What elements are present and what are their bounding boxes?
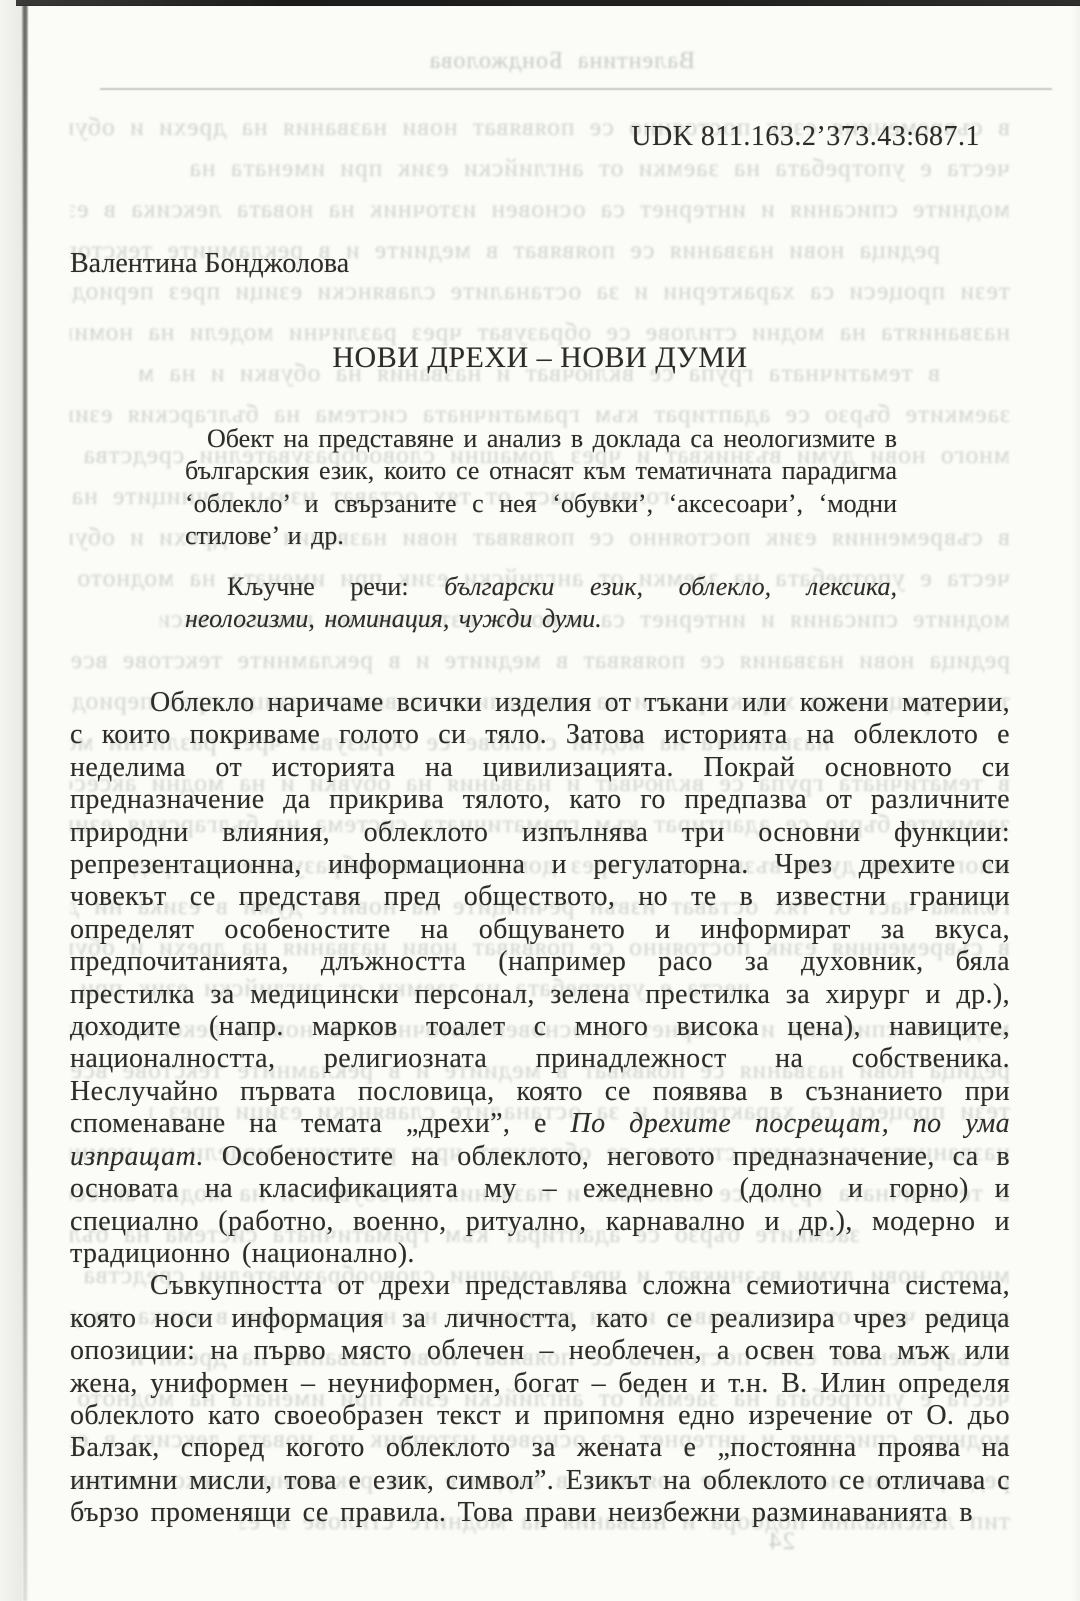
bleedthrough-line: модните списания и интернет са основен и… — [70, 194, 1010, 224]
scan-top-edge-artifact — [16, 0, 1080, 6]
bleedthrough-line: честа е употребата на заемки от английск… — [180, 153, 1010, 183]
abstract-text: Обект на представяне и анализ в доклада … — [185, 423, 897, 553]
text-run: Особеностите на облеклото, неговото пред… — [70, 1141, 1010, 1269]
bleedthrough-line: 24 — [735, 1528, 795, 1558]
scanned-page: Валентина Бонджоловав съвременния език п… — [0, 0, 1080, 1601]
scan-right-margin — [1072, 0, 1080, 1601]
scan-left-margin — [0, 0, 22, 1601]
scan-page-edge-shadow — [22, 0, 28, 1601]
keywords-line: Кључне речи: български език, облекло, ле… — [185, 571, 897, 636]
udk-number: UDK 811.163.2’373.43:687.1 — [631, 121, 980, 153]
bleedthrough-line: Валентина Бонджолова — [395, 48, 695, 78]
bleedthrough-line: тези процеси са характерни и за останали… — [70, 276, 1010, 306]
text-run: Съвкупността от дрехи представлява сложн… — [70, 1270, 1010, 1528]
paper-title: НОВИ ДРЕХИ – НОВИ ДУМИ — [70, 341, 1010, 375]
bleedthrough-line: редица нови названия се появяват в медии… — [70, 645, 1010, 675]
body-paragraph-1: Облекло наричаме всички изделия от тъкан… — [70, 687, 1010, 1270]
body-text: Облекло наричаме всички изделия от тъкан… — [70, 687, 1010, 1530]
text-run: Кључне речи: — [227, 572, 444, 601]
author-name: Валентина Бонджолова — [70, 248, 349, 280]
text-run: Облекло наричаме всички изделия от тъкан… — [70, 687, 1010, 1139]
body-paragraph-2: Съвкупността от дрехи представлява сложн… — [70, 1270, 1010, 1529]
bleedthrough-header-rule — [100, 88, 1052, 90]
